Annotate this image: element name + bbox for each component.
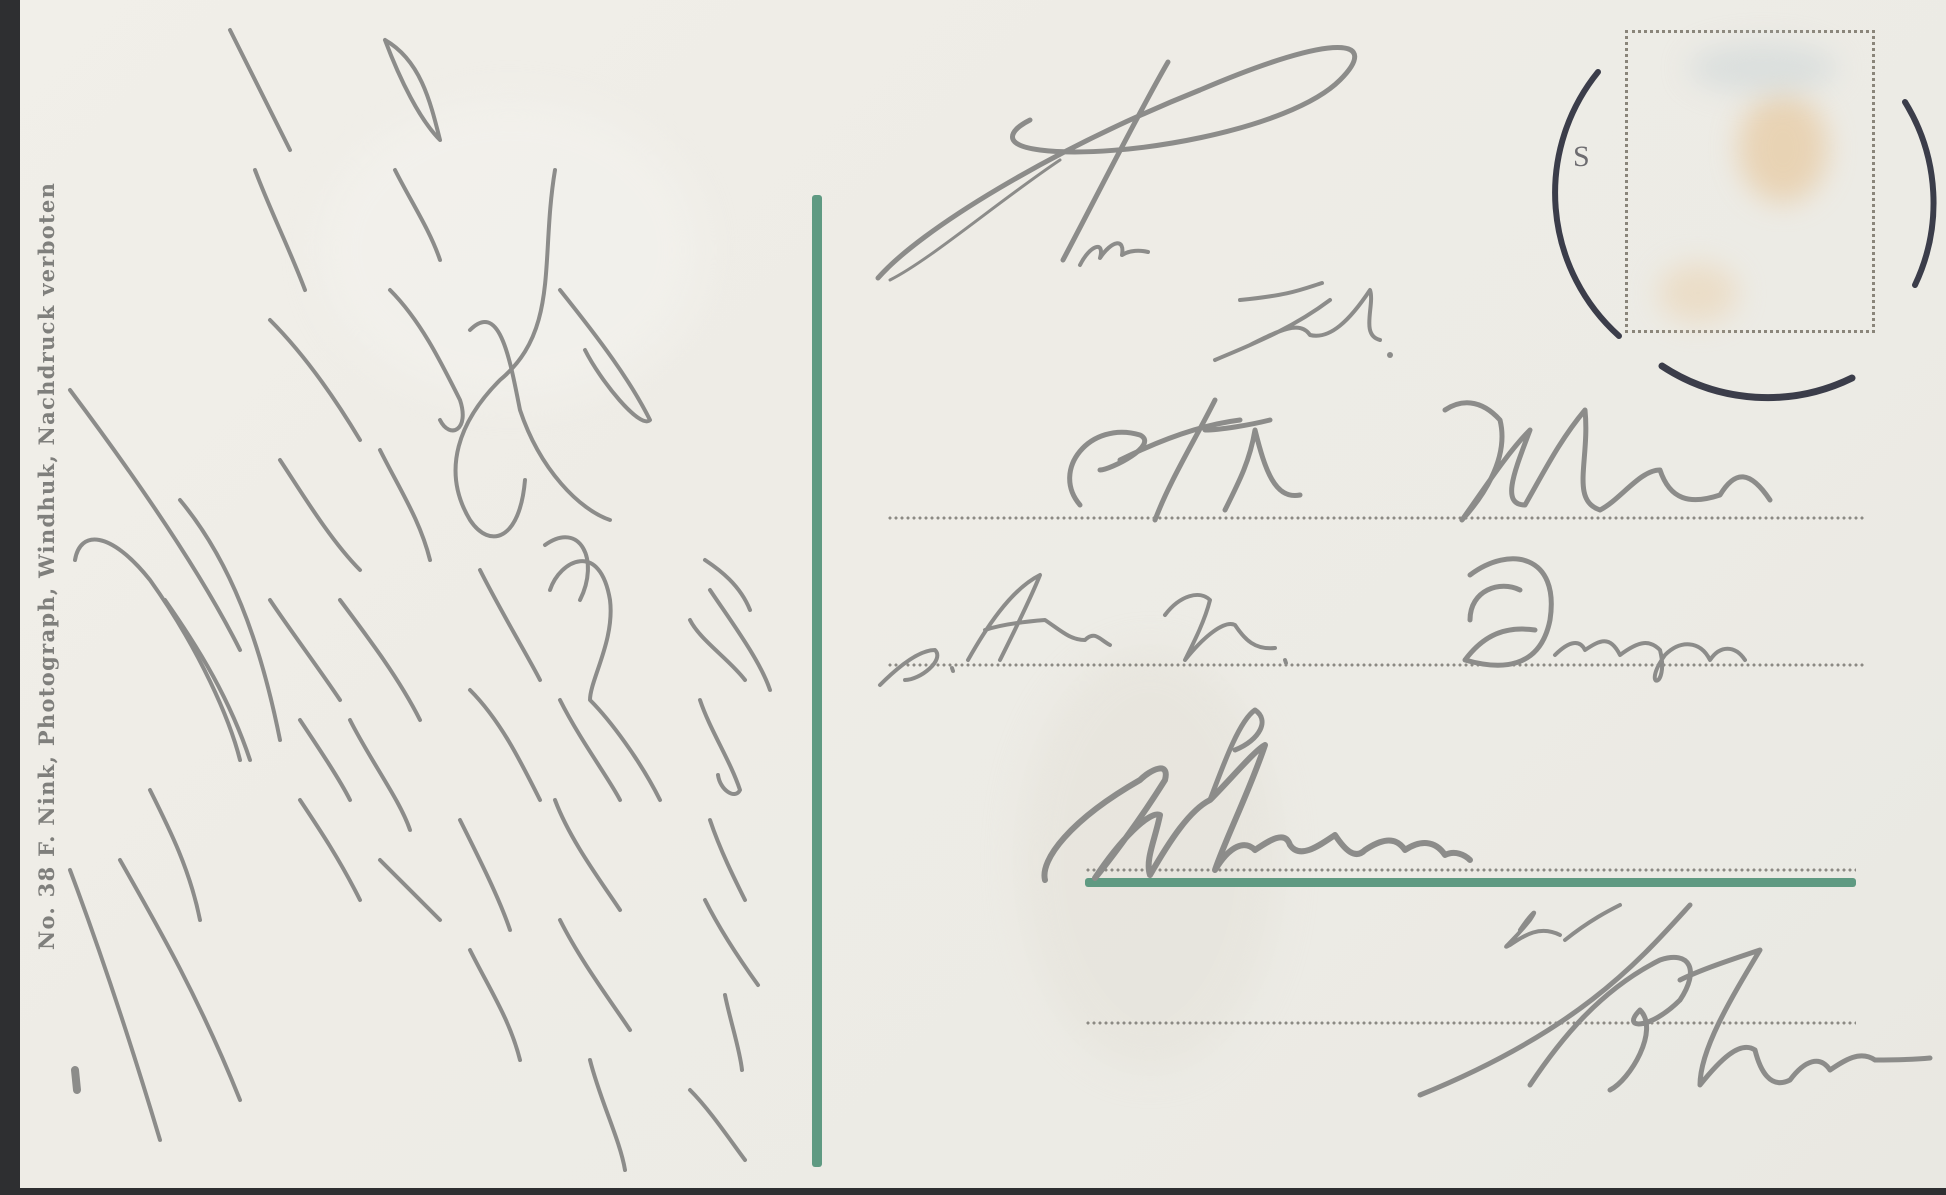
postmark-circle-icon — [1555, 72, 1933, 398]
handwriting-and-postmark-layer — [0, 0, 1946, 1195]
message-handwriting — [70, 30, 770, 1170]
address-handwriting — [878, 48, 1930, 1096]
